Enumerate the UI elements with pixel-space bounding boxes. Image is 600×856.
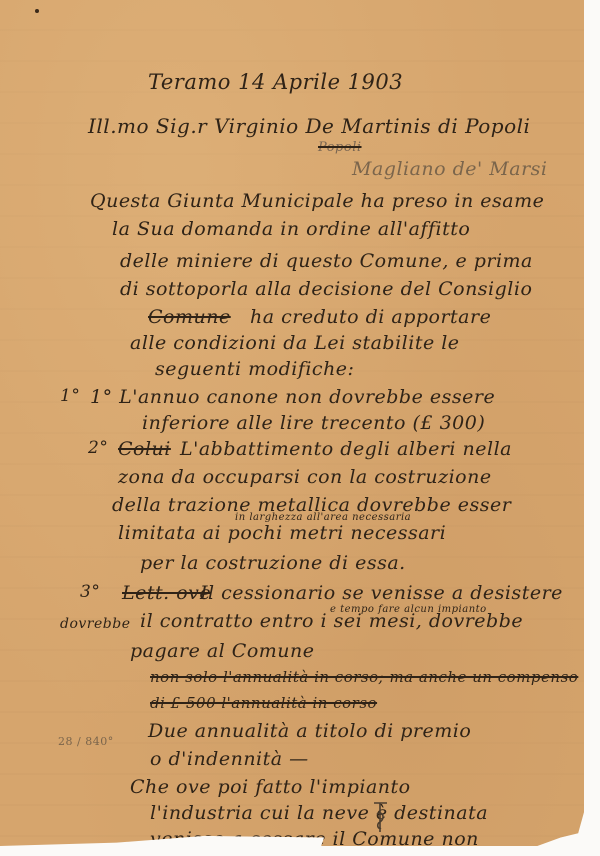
body-line: Due annualità a titolo di premio	[148, 720, 471, 742]
monogram-icon	[372, 800, 390, 836]
body-line: il contratto entro i sei mesi, dovrebbe	[140, 610, 523, 632]
body-line: per la costruzione di essa.	[140, 552, 406, 574]
body-line: delle miniere di questo Comune, e prima	[120, 250, 533, 272]
body-line: limitata ai pochi metri necessari	[118, 522, 446, 544]
body-line: Il cessionario se venisse a desistere	[200, 582, 563, 604]
margin-note: 28 / 840°	[58, 735, 114, 748]
place-date: Teramo 14 Aprile 1903	[148, 70, 403, 94]
body-line: o d'indennità —	[150, 748, 309, 770]
body-line: inferiore alle lire trecento (£ 300)	[142, 412, 485, 434]
pin-hole	[35, 9, 39, 13]
interlinear-insertion: dovrebbe	[60, 616, 131, 632]
addressee-struck: Popoli	[318, 140, 362, 155]
body-line: Questa Giunta Municipale ha preso in esa…	[90, 190, 544, 212]
body-line: alle condizioni da Lei stabilite le	[130, 332, 460, 354]
body-line: la Sua domanda in ordine all'affitto	[112, 218, 470, 240]
struck-fragment: Comune	[148, 306, 231, 328]
body-line: zona da occuparsi con la costruzione	[118, 466, 492, 488]
body-line: seguenti modifiche:	[155, 358, 354, 380]
body-line: venisse a cessare il Comune non	[150, 828, 479, 850]
addressee: Ill.mo Sig.r Virginio De Martinis di Pop…	[88, 114, 530, 138]
struck-fragment: di £ 500 l'annualità in corso	[150, 694, 377, 712]
body-line: di sottoporla alla decisione del Consigl…	[120, 278, 532, 300]
item-marker: 2°	[88, 438, 108, 458]
struck-fragment: Lett. ove	[122, 582, 211, 604]
struck-fragment: non solo l'annualità in corso; ma anche …	[150, 668, 578, 686]
body-line: Che ove poi fatto l'impianto	[130, 776, 411, 798]
body-line: L'abbattimento degli alberi nella	[180, 438, 512, 460]
item-marker: 1°	[60, 386, 80, 406]
body-line: l'industria cui la neve è destinata	[150, 802, 488, 824]
item-marker: 3°	[80, 582, 100, 602]
addressee-correction: Magliano de' Marsi	[352, 158, 548, 180]
body-line: 1° L'annuo canone non dovrebbe essere	[90, 386, 495, 408]
body-line: ha creduto di apportare	[250, 306, 491, 328]
paper-sheet: Teramo 14 Aprile 1903 Ill.mo Sig.r Virgi…	[0, 0, 584, 846]
body-line: pagare al Comune	[130, 640, 315, 662]
scanned-letter: Teramo 14 Aprile 1903 Ill.mo Sig.r Virgi…	[0, 0, 600, 856]
struck-fragment: Colui	[118, 438, 171, 460]
